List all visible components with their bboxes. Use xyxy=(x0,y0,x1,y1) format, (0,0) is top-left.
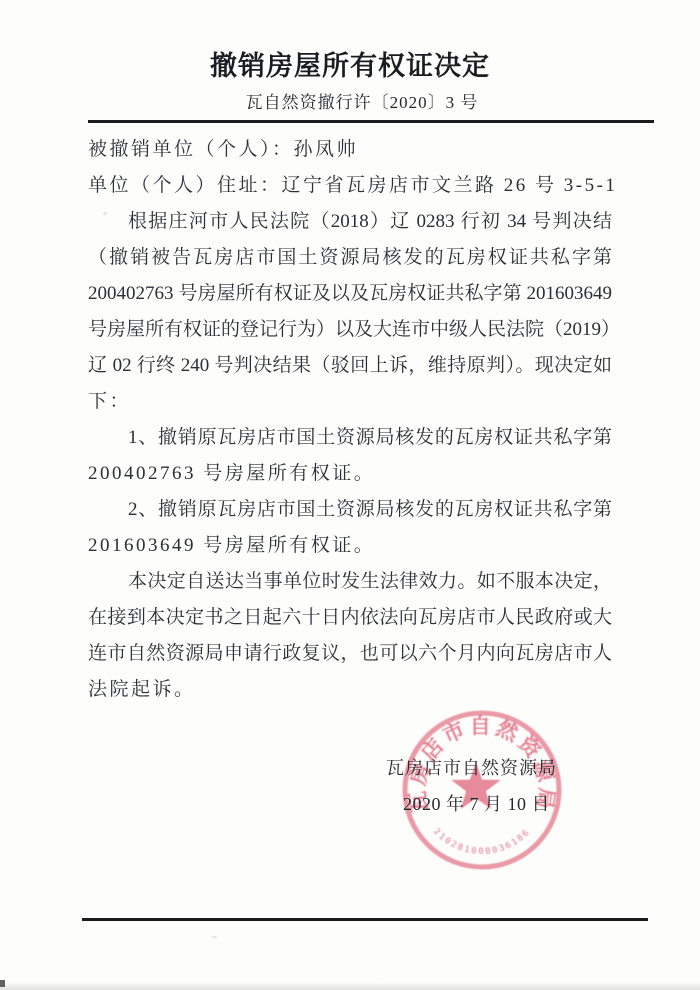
body-line: 单位（个人）住址：辽宁省瓦房店市文兰路 26 号 3-5-1 xyxy=(88,168,612,204)
body-line: 本决定自送达当事单位时发生法律效力。如不服本决定，可 xyxy=(88,564,612,600)
body-line: 200402763 号房屋所有权证及以及瓦房权证共私字第 201603649 xyxy=(88,276,612,312)
body-line: 法院起诉。 xyxy=(88,672,612,708)
body-line: 200402763 号房屋所有权证。 xyxy=(88,456,612,492)
header-divider xyxy=(88,120,654,123)
footer-divider xyxy=(82,918,648,921)
scan-edge-shadow xyxy=(0,982,700,990)
issue-date: 2020 年 7 月 10 日 xyxy=(403,786,550,822)
body-line: 连市自然资源局申请行政复议，也可以六个月内向瓦房店市人民 xyxy=(88,636,612,672)
body-line: 下： xyxy=(88,384,612,420)
body-line: （撤销被告瓦房店市国土资源局核发的瓦房权证共私字第 xyxy=(88,240,612,276)
scan-speck xyxy=(212,936,217,938)
body-line: 1、撤销原瓦房店市国土资源局核发的瓦房权证共私字第 xyxy=(88,420,612,456)
body-line: 2、撤销原瓦房店市国土资源局核发的瓦房权证共私字第 xyxy=(88,492,612,528)
seal-serial-text: 210281000036186 xyxy=(431,827,533,857)
body-line: 根据庄河市人民法院（2018）辽 0283 行初 34 号判决结果， xyxy=(88,204,612,240)
document-title: 撤销房屋所有权证决定 xyxy=(0,44,700,83)
scan-corner-artifact xyxy=(0,980,5,987)
document-body: 被撤销单位（个人）：孙凤帅 单位（个人）住址：辽宁省瓦房店市文兰路 26 号 3… xyxy=(88,132,612,708)
body-line: 被撤销单位（个人）：孙凤帅 xyxy=(88,132,612,168)
scanned-document-page: 撤销房屋所有权证决定 瓦自然资撤行许〔2020〕3 号 被撤销单位（个人）：孙凤… xyxy=(0,0,700,990)
body-line: 201603649 号房屋所有权证。 xyxy=(88,528,612,564)
body-line: 在接到本决定书之日起六十日内依法向瓦房店市人民政府或大 xyxy=(88,600,612,636)
document-number: 瓦自然资撤行许〔2020〕3 号 xyxy=(12,88,700,113)
issuer-name: 瓦房店市自然资源局 xyxy=(386,750,557,786)
scan-speck xyxy=(447,63,450,66)
svg-text:210281000036186: 210281000036186 xyxy=(431,827,533,857)
body-line: 辽 02 行终 240 号判决结果（驳回上诉，维持原判）。现决定如 xyxy=(88,348,612,384)
body-line: 号房屋所有权证的登记行为）以及大连市中级人民法院（2019） xyxy=(88,312,612,348)
